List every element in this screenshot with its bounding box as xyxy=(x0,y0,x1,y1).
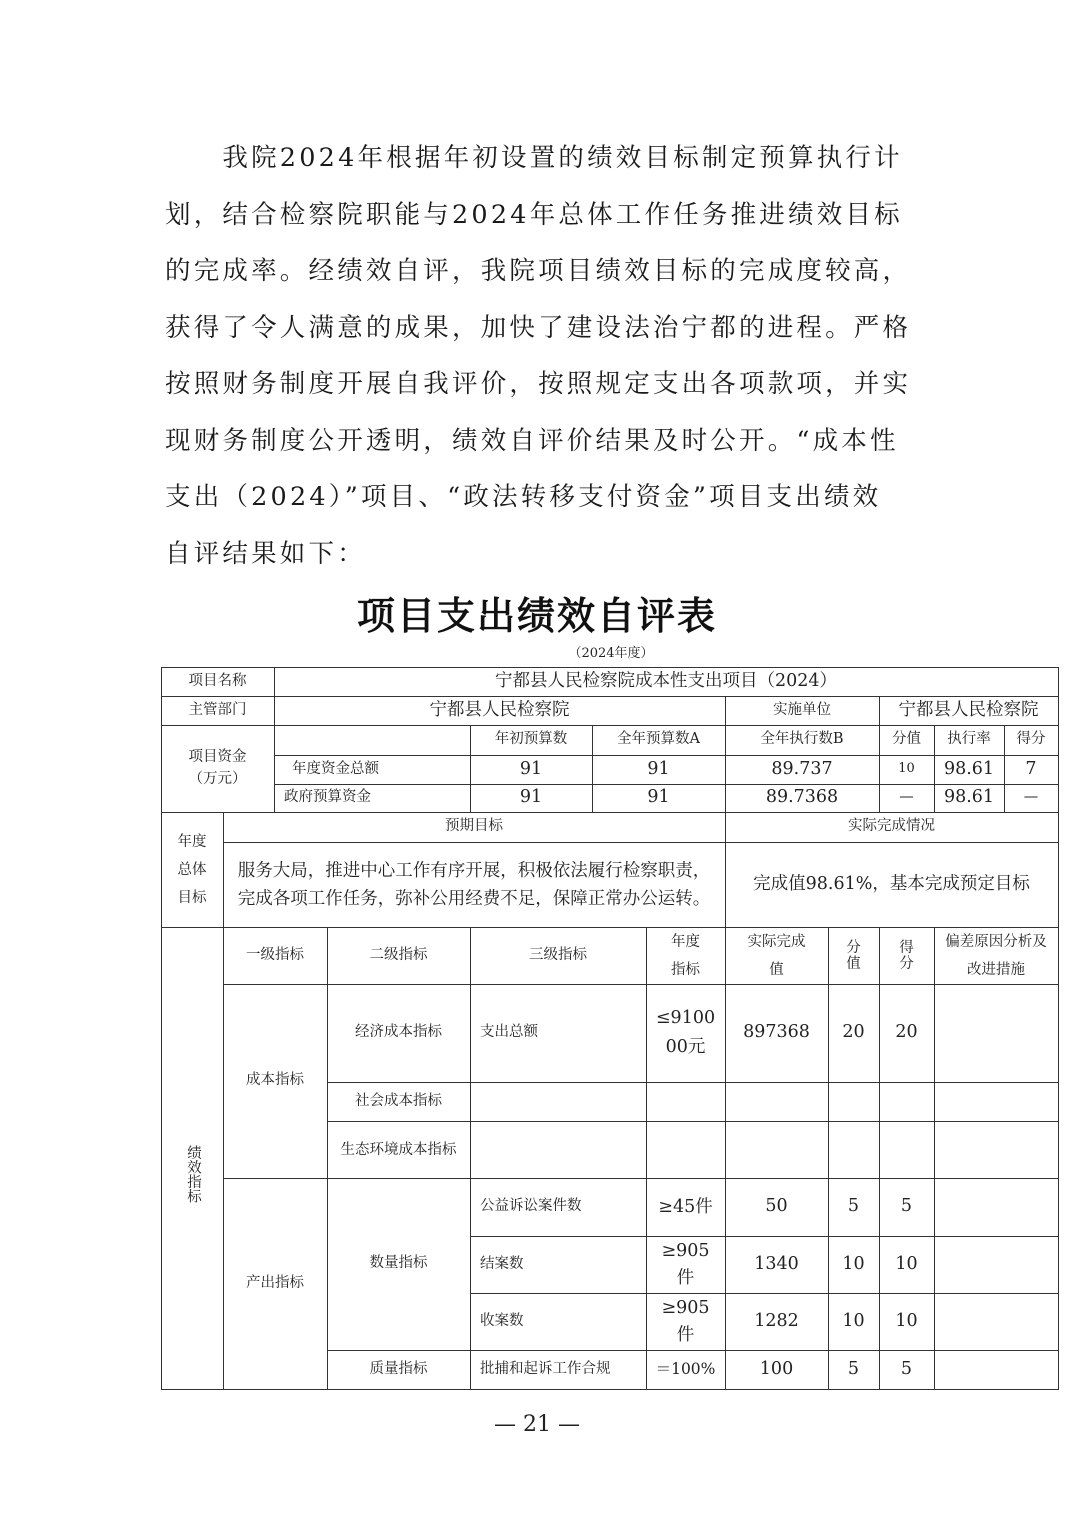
funds-label-line: 项目资金 xyxy=(189,747,247,768)
level2-cell: 数量指标 xyxy=(327,1178,470,1350)
actual-cell: 100 xyxy=(725,1350,828,1389)
level3-cell: 支出总额 xyxy=(470,984,646,1082)
score-cell: 10 xyxy=(879,1293,934,1350)
funds-score-value: 10 xyxy=(879,755,934,784)
score-cell: 5 xyxy=(879,1350,934,1389)
funds-label: 项目资金 （万元） xyxy=(161,725,274,812)
actual-header: 实际完成情况 xyxy=(725,812,1058,842)
target-cell: ≥45件 xyxy=(646,1178,725,1236)
impl-label: 实施单位 xyxy=(725,696,879,725)
level3-cell: 收案数 xyxy=(470,1293,646,1350)
score-cell: 10 xyxy=(879,1236,934,1293)
deviation-cell xyxy=(934,984,1058,1082)
target-cell: ≤910000元 xyxy=(646,984,725,1082)
funds-annual: 91 xyxy=(592,784,725,812)
level1-cost: 成本指标 xyxy=(223,984,327,1178)
perf-header-actual: 实际完成值 xyxy=(725,927,828,984)
score-value-cell: 5 xyxy=(828,1350,879,1389)
level2-cell: 生态环境成本指标 xyxy=(327,1121,470,1178)
funds-row-label: 年度资金总额 xyxy=(274,755,470,784)
perf-header-level2: 二级指标 xyxy=(327,927,470,984)
grid-line xyxy=(1058,667,1059,1390)
funds-executed: 89.737 xyxy=(725,755,879,784)
perf-label-text: 绩效指标 xyxy=(184,1145,200,1203)
level3-cell: 结案数 xyxy=(470,1236,646,1293)
perf-header-level1: 一级指标 xyxy=(223,927,327,984)
funds-initial: 91 xyxy=(470,755,592,784)
project-name-value: 宁都县人民检察院成本性支出项目（2024） xyxy=(274,667,1058,696)
funds-header: 得分 xyxy=(1004,725,1058,755)
score-value-cell: 10 xyxy=(828,1293,879,1350)
perf-label: 绩效指标 xyxy=(161,927,223,1390)
funds-header: 全年预算数A xyxy=(592,725,725,755)
perf-header-target: 年度指标 xyxy=(646,927,725,984)
target-cell: ＝100% xyxy=(646,1350,725,1389)
funds-initial: 91 xyxy=(470,784,592,812)
perf-header-level3: 三级指标 xyxy=(470,927,646,984)
level3-cell: 批捕和起诉工作合规 xyxy=(470,1350,646,1389)
actual-cell: 50 xyxy=(725,1178,828,1236)
dept-label: 主管部门 xyxy=(161,696,274,725)
expected-header: 预期目标 xyxy=(223,812,725,842)
level2-cell: 社会成本指标 xyxy=(327,1082,470,1121)
page-number: — 21 — xyxy=(0,1412,1074,1437)
funds-annual: 91 xyxy=(592,755,725,784)
paragraph-line: 划，结合检察院职能与2024年总体工作任务推进绩效目标 xyxy=(165,187,925,244)
perf-header-deviation: 偏差原因分析及改进措施 xyxy=(934,927,1058,984)
impl-value: 宁都县人民检察院 xyxy=(879,696,1058,725)
funds-rate: 98.61 xyxy=(934,755,1004,784)
funds-header: 分值 xyxy=(879,725,934,755)
goal-label-line: 目标 xyxy=(178,884,207,912)
target-cell: ≥905件 xyxy=(646,1236,725,1293)
dept-value: 宁都县人民检察院 xyxy=(274,696,725,725)
paragraph-line: 按照财务制度开展自我评价，按照规定支出各项款项，并实 xyxy=(165,356,925,413)
perf-header-score-value: 分值 xyxy=(828,927,879,984)
actual-cell: 1340 xyxy=(725,1236,828,1293)
funds-executed: 89.7368 xyxy=(725,784,879,812)
level2-cell: 经济成本指标 xyxy=(327,984,470,1082)
goal-label: 年度 总体 目标 xyxy=(161,812,223,927)
goal-label-line: 年度 xyxy=(178,828,207,856)
table-title: 项目支出绩效自评表 xyxy=(0,585,1074,640)
intro-paragraph: 我院2024年根据年初设置的绩效目标制定预算执行计 划，结合检察院职能与2024… xyxy=(165,130,925,582)
paragraph-line: 获得了令人满意的成果，加快了建设法治宁都的进程。严格 xyxy=(165,300,925,357)
funds-score-value: — xyxy=(879,784,934,812)
score-cell: 20 xyxy=(879,984,934,1082)
level3-cell: 公益诉讼案件数 xyxy=(470,1178,646,1236)
score-value-cell: 5 xyxy=(828,1178,879,1236)
expected-text: 服务大局，推进中心工作有序开展，积极依法履行检察职责，完成各项工作任务，弥补公用… xyxy=(223,842,725,927)
funds-score: — xyxy=(1004,784,1058,812)
funds-label-line: （万元） xyxy=(189,769,247,790)
score-cell: 5 xyxy=(879,1178,934,1236)
target-cell: ≥905件 xyxy=(646,1293,725,1350)
paragraph-line: 的完成率。经绩效自评，我院项目绩效目标的完成度较高， xyxy=(165,243,925,300)
score-value-cell: 10 xyxy=(828,1236,879,1293)
grid-line xyxy=(161,1389,1059,1390)
paragraph-line: 自评结果如下： xyxy=(165,526,925,583)
funds-rate: 98.61 xyxy=(934,784,1004,812)
actual-cell: 897368 xyxy=(725,984,828,1082)
funds-score: 7 xyxy=(1004,755,1058,784)
paragraph-line: 我院2024年根据年初设置的绩效目标制定预算执行计 xyxy=(165,130,925,187)
paragraph-line: 现财务制度公开透明，绩效自评价结果及时公开。“成本性 xyxy=(165,413,925,470)
actual-cell: 1282 xyxy=(725,1293,828,1350)
project-name-label: 项目名称 xyxy=(161,667,274,696)
funds-header: 年初预算数 xyxy=(470,725,592,755)
funds-header: 执行率 xyxy=(934,725,1004,755)
paragraph-line: 支出（2024）”项目、“政法转移支付资金”项目支出绩效 xyxy=(165,469,925,526)
funds-header: 全年执行数B xyxy=(725,725,879,755)
level1-output: 产出指标 xyxy=(223,1178,327,1389)
level2-cell: 质量指标 xyxy=(327,1350,470,1389)
score-value-cell: 20 xyxy=(828,984,879,1082)
perf-header-score: 得分 xyxy=(879,927,934,984)
table-subtitle: （2024年度） xyxy=(0,642,1074,661)
goal-label-line: 总体 xyxy=(178,856,207,884)
funds-row-label: 政府预算资金 xyxy=(274,784,470,812)
actual-text: 完成值98.61%，基本完成预定目标 xyxy=(725,842,1058,927)
